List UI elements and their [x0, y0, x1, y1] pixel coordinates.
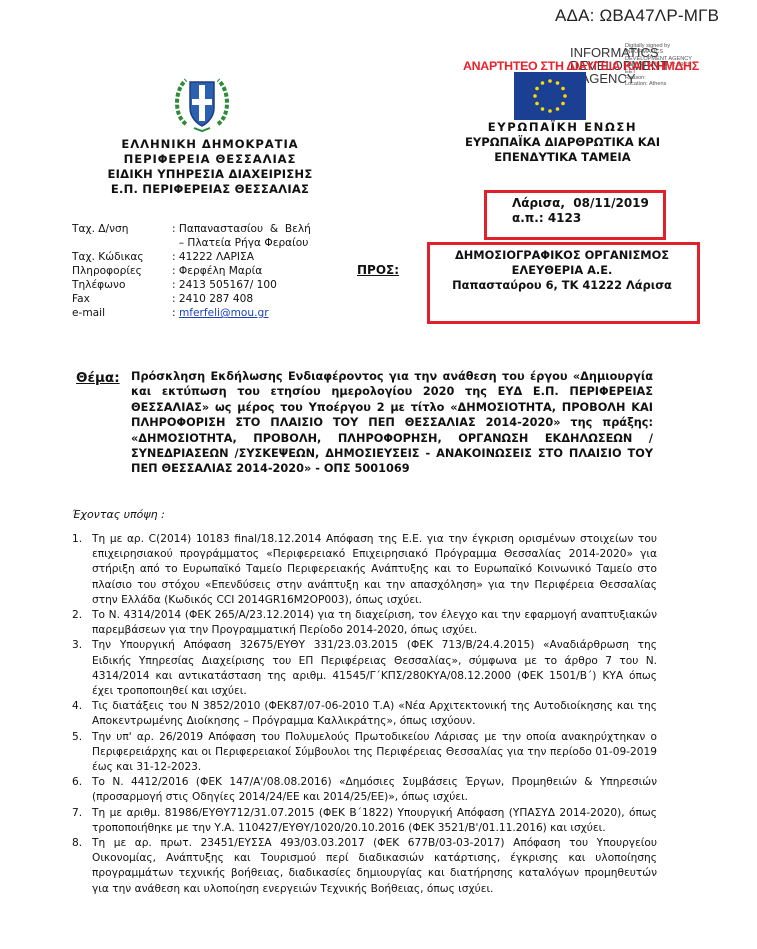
contact-value: – Πλατεία Ρήγα Φεραίου	[172, 236, 372, 250]
contact-row: e-mail: mferfeli@mou.gr	[72, 306, 372, 320]
contact-value: : 41222 ΛΑΡΙΣΑ	[172, 250, 372, 264]
item-text: Το Ν. 4314/2014 (ΦΕΚ 265/Α/23.12.2014) γ…	[92, 608, 657, 638]
contact-row: Fax: 2410 287 408	[72, 292, 372, 306]
recipient-label: ΠΡΟΣ:	[357, 263, 399, 277]
considerations-list: 1.Τη με αρ. C(2014) 10183 final/18.12.20…	[72, 532, 657, 897]
item-number: 5.	[72, 730, 92, 776]
consideration-item: 3.Την Υπουργική Απόφαση 32675/ΕΥΘΥ 331/2…	[72, 638, 657, 699]
contact-label	[72, 236, 172, 250]
contact-label: Fax	[72, 292, 172, 306]
greek-coat-of-arms-icon	[172, 72, 232, 134]
eu-funds-header: ΕΥΡΩΠΑΪΚΗ ΕΝΩΣΗ ΕΥΡΩΠΑΪΚΑ ΔΙΑΡΘΡΩΤΙΚΑ ΚΑ…	[430, 120, 695, 165]
item-text: Τη με αρ. C(2014) 10183 final/18.12.2014…	[92, 532, 657, 608]
contact-value: : Παπαναστασίου & Βελή	[172, 222, 372, 236]
authority-line: Ε.Π. ΠΕΡΙΦΕΡΕΙΑΣ ΘΕΣΣΑΛΙΑΣ	[60, 182, 360, 197]
item-text: Την υπ' αρ. 26/2019 Απόφαση του Πολυμελο…	[92, 730, 657, 776]
subject-label: Θέμα:	[76, 370, 120, 386]
ada-number: ΑΔΑ: ΩΒΑ47ΛΡ-ΜΓΒ	[555, 6, 719, 26]
item-number: 1.	[72, 532, 92, 608]
item-text: Τη με αρ. πρωτ. 23451/ΕΥΣΣΑ 493/03.03.20…	[92, 836, 657, 897]
issuing-authority: ΕΛΛΗΝΙΚΗ ΔΗΜΟΚΡΑΤΙΑ ΠΕΡΙΦΕΡΕΙΑ ΘΕΣΣΑΛΙΑΣ…	[60, 137, 360, 197]
contact-label: Πληροφορίες	[72, 264, 172, 278]
item-text: Τις διατάξεις του Ν 3852/2010 (ΦΕΚ87/07-…	[92, 699, 657, 729]
date-protocol: Λάρισα, 08/11/2019 α.π.: 4123	[512, 196, 649, 226]
consideration-item: 4.Τις διατάξεις του Ν 3852/2010 (ΦΕΚ87/0…	[72, 699, 657, 729]
consideration-item: 5.Την υπ' αρ. 26/2019 Απόφαση του Πολυμε…	[72, 730, 657, 776]
consideration-item: 1.Τη με αρ. C(2014) 10183 final/18.12.20…	[72, 532, 657, 608]
item-text: Το Ν. 4412/2016 (ΦΕΚ 147/Α'/08.08.2016) …	[92, 775, 657, 805]
eu-header-line: ΕΠΕΝΔΥΤΙΚΑ ΤΑΜΕΙΑ	[430, 150, 695, 165]
eu-flag-icon	[514, 72, 586, 120]
contact-row: Ταχ. Δ/νση: Παπαναστασίου & Βελή	[72, 222, 372, 236]
consideration-item: 6.Το Ν. 4412/2016 (ΦΕΚ 147/Α'/08.08.2016…	[72, 775, 657, 805]
item-number: 7.	[72, 806, 92, 836]
contact-colon: :	[172, 307, 179, 319]
considering-intro: Έχοντας υπόψη :	[72, 508, 165, 521]
item-text: Τη με αριθμ. 81986/ΕΥΘΥ712/31.07.2015 (Φ…	[92, 806, 657, 836]
recipient-line: ΔΗΜΟΣΙΟΓΡΑΦΙΚΟΣ ΟΡΓΑΝΙΣΜΟΣ	[430, 248, 694, 263]
contact-label: e-mail	[72, 306, 172, 320]
authority-line: ΠΕΡΙΦΕΡΕΙΑ ΘΕΣΣΑΛΙΑΣ	[60, 152, 360, 167]
email-link[interactable]: mferfeli@mou.gr	[179, 307, 269, 319]
document-date: Λάρισα, 08/11/2019	[512, 196, 649, 211]
contact-row: – Πλατεία Ρήγα Φεραίου	[72, 236, 372, 250]
recipient-address: ΔΗΜΟΣΙΟΓΡΑΦΙΚΟΣ ΟΡΓΑΝΙΣΜΟΣ ΕΛΕΥΘΕΡΙΑ Α.Ε…	[430, 248, 694, 293]
subject-text: Πρόσκληση Εκδήλωσης Ενδιαφέροντος για τη…	[131, 369, 653, 477]
consideration-item: 2.Το Ν. 4314/2014 (ΦΕΚ 265/Α/23.12.2014)…	[72, 608, 657, 638]
contact-value: : mferfeli@mou.gr	[172, 306, 372, 320]
authority-line: ΕΛΛΗΝΙΚΗ ΔΗΜΟΚΡΑΤΙΑ	[60, 137, 360, 152]
contact-label: Τηλέφωνο	[72, 278, 172, 292]
protocol-number: α.π.: 4123	[512, 211, 649, 226]
authority-line: ΕΙΔΙΚΗ ΥΠΗΡΕΣΙΑ ΔΙΑΧΕΙΡΙΣΗΣ	[60, 167, 360, 182]
contact-value: : Φερφέλη Μαρία	[172, 264, 372, 278]
recipient-line: Παπασταύρου 6, ΤΚ 41222 Λάρισα	[430, 278, 694, 293]
contact-row: Τηλέφωνο: 2413 505167/ 100	[72, 278, 372, 292]
item-number: 6.	[72, 775, 92, 805]
signature-detail-line: Location: Athens	[625, 81, 757, 87]
item-number: 4.	[72, 699, 92, 729]
consideration-item: 7.Τη με αριθμ. 81986/ΕΥΘΥ712/31.07.2015 …	[72, 806, 657, 836]
recipient-line: ΕΛΕΥΘΕΡΙΑ Α.Ε.	[430, 263, 694, 278]
item-text: Την Υπουργική Απόφαση 32675/ΕΥΘΥ 331/23.…	[92, 638, 657, 699]
contact-row: Πληροφορίες: Φερφέλη Μαρία	[72, 264, 372, 278]
consideration-item: 8.Τη με αρ. πρωτ. 23451/ΕΥΣΣΑ 493/03.03.…	[72, 836, 657, 897]
contact-row: Ταχ. Κώδικας: 41222 ΛΑΡΙΣΑ	[72, 250, 372, 264]
item-number: 3.	[72, 638, 92, 699]
item-number: 2.	[72, 608, 92, 638]
eu-header-line: ΕΥΡΩΠΑΪΚΑ ΔΙΑΡΘΡΩΤΙΚΑ ΚΑΙ	[430, 135, 695, 150]
contact-details: Ταχ. Δ/νση: Παπαναστασίου & Βελή – Πλατε…	[72, 222, 372, 320]
item-number: 8.	[72, 836, 92, 897]
contact-label: Ταχ. Κώδικας	[72, 250, 172, 264]
publication-stamp: ΑΝΑΡΤΗΤΕΟ ΣΤΗ ΔΙΑΥΓΕΙΑ ΚΑΙ ΚΗΜΔΗΣ	[463, 59, 699, 73]
eu-header-line: ΕΥΡΩΠΑΪΚΗ ΕΝΩΣΗ	[430, 120, 695, 135]
contact-value: : 2410 287 408	[172, 292, 372, 306]
contact-label: Ταχ. Δ/νση	[72, 222, 172, 236]
contact-value: : 2413 505167/ 100	[172, 278, 372, 292]
